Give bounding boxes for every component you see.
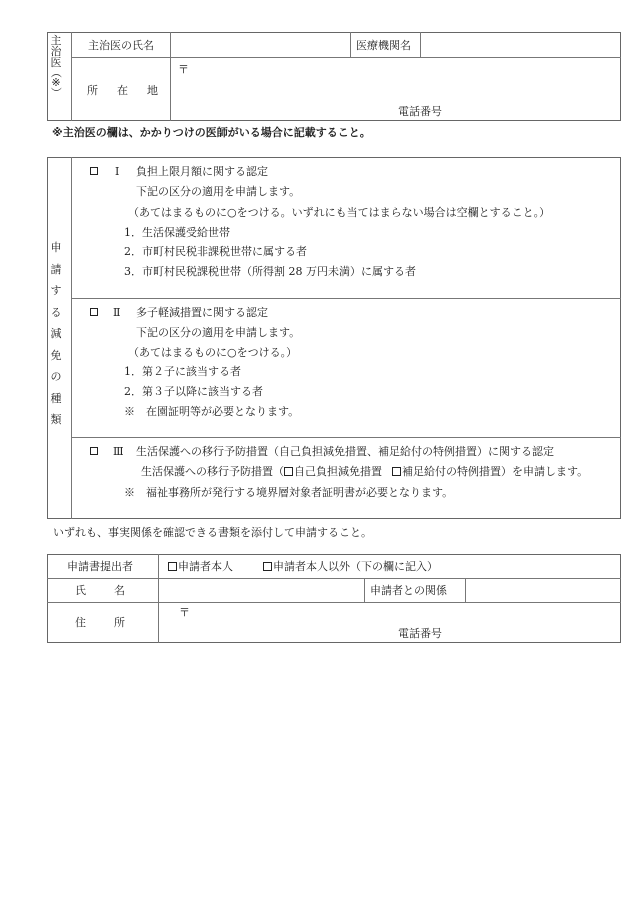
- item-3-line1-prefix: 生活保護への移行予防措置（: [141, 465, 284, 478]
- item-3-numeral: Ⅲ: [113, 445, 124, 458]
- submitter-phone-label: 電話番号: [398, 627, 442, 640]
- item-1-title: 負担上限月額に関する認定: [136, 165, 268, 178]
- divider: [350, 32, 351, 57]
- side-char: 免: [49, 345, 63, 367]
- reduction-side-label: 申 請 す る 減 免 の 種 類: [49, 237, 69, 431]
- item-1-line2: （あてはまるものに○をつける。いずれにも当てはまらない場合は空欄とすること。）: [128, 206, 550, 219]
- item-2-line2: （あてはまるものに○をつける。）: [128, 346, 297, 359]
- side-char: 減: [49, 323, 63, 345]
- option-other-label: 申請者本人以外（下の欄に記入）: [273, 560, 438, 573]
- submitter-label: 申請書提出者: [67, 560, 133, 573]
- divider: [158, 554, 159, 643]
- side-char: 申: [49, 237, 63, 259]
- item-2-option-2[interactable]: 2．第３子以降に該当する者: [124, 385, 263, 398]
- option-other-checkbox[interactable]: [263, 562, 272, 571]
- divider: [71, 157, 72, 519]
- item-3-line1-suffix: ）を申請します。: [501, 465, 588, 478]
- item-2-option-1[interactable]: 1．第２子に該当する者: [124, 365, 241, 378]
- institution-label: 医療機関名: [356, 39, 411, 52]
- item-1-numeral: Ⅰ: [115, 165, 119, 178]
- item-3-line1: 生活保護への移行予防措置（自己負担減免措置補足給付の特例措置）を申請します。: [141, 465, 588, 478]
- option-self-label: 申請者本人: [178, 560, 233, 573]
- attachment-note: いずれも、事実関係を確認できる書類を添付して申請すること。: [53, 526, 372, 539]
- side-char: （: [52, 66, 61, 80]
- physician-address-label: 所 在 地: [87, 84, 162, 97]
- divider: [71, 32, 72, 121]
- relation-label: 申請者との関係: [370, 584, 447, 597]
- divider: [170, 32, 171, 121]
- physician-name-label: 主治医の氏名: [88, 39, 154, 52]
- item-2-note: ※ 在園証明等が必要となります。: [124, 405, 299, 418]
- divider: [71, 437, 621, 438]
- submitter-name-field[interactable]: [160, 579, 363, 601]
- sub-option-1-label: 自己負担減免措置: [294, 465, 382, 478]
- physician-phone-label: 電話番号: [398, 105, 442, 118]
- divider: [420, 32, 421, 57]
- divider: [364, 578, 365, 602]
- item-2-numeral: Ⅱ: [113, 306, 120, 319]
- side-char: る: [49, 302, 63, 324]
- side-char: 種: [49, 388, 63, 410]
- side-char: す: [49, 280, 63, 302]
- submitter-address-label: 住 所: [75, 616, 127, 629]
- item-1-option-1[interactable]: 1．生活保護受給世帯: [124, 226, 230, 239]
- divider: [465, 578, 466, 602]
- sub-option-1-checkbox[interactable]: [284, 467, 293, 476]
- side-char: ）: [52, 86, 61, 100]
- side-char: の: [49, 366, 63, 388]
- item-3-checkbox[interactable]: [90, 447, 98, 455]
- item-2-checkbox[interactable]: [90, 308, 98, 316]
- physician-phone-field[interactable]: [450, 100, 618, 119]
- institution-field[interactable]: [422, 33, 620, 56]
- relation-field[interactable]: [467, 579, 620, 601]
- sub-option-2-label: 補足給付の特例措置: [402, 465, 501, 478]
- side-char: 類: [49, 409, 63, 431]
- submitter-name-label: 氏 名: [75, 584, 127, 597]
- item-3-note: ※ 福祉事務所が発行する境界層対象者証明書が必要となります。: [124, 486, 453, 499]
- physician-address-field[interactable]: [172, 58, 620, 98]
- divider: [71, 298, 621, 299]
- item-2-line1: 下記の区分の適用を申請します。: [136, 326, 300, 339]
- physician-note: ※主治医の欄は、かかりつけの医師がいる場合に記載すること。: [52, 124, 371, 140]
- physician-name-field[interactable]: [172, 33, 349, 56]
- submitter-address-field[interactable]: [160, 603, 620, 625]
- physician-side-label: 主 治 医 （ ※ ）: [49, 35, 69, 97]
- item-1-option-2[interactable]: 2．市町村民税非課税世帯に属する者: [124, 245, 307, 258]
- option-self-checkbox[interactable]: [168, 562, 177, 571]
- item-2-title: 多子軽減措置に関する認定: [136, 306, 268, 319]
- item-1-option-3[interactable]: 3．市町村民税課税世帯（所得割 28 万円未満）に属する者: [124, 265, 416, 278]
- sub-option-2-checkbox[interactable]: [392, 467, 401, 476]
- item-3-title: 生活保護への移行予防措置（自己負担減免措置、補足給付の特例措置）に関する認定: [136, 445, 554, 458]
- submitter-phone-field[interactable]: [450, 625, 618, 641]
- side-char: 請: [49, 259, 63, 281]
- item-1-checkbox[interactable]: [90, 167, 98, 175]
- item-1-line1: 下記の区分の適用を申請します。: [136, 185, 300, 198]
